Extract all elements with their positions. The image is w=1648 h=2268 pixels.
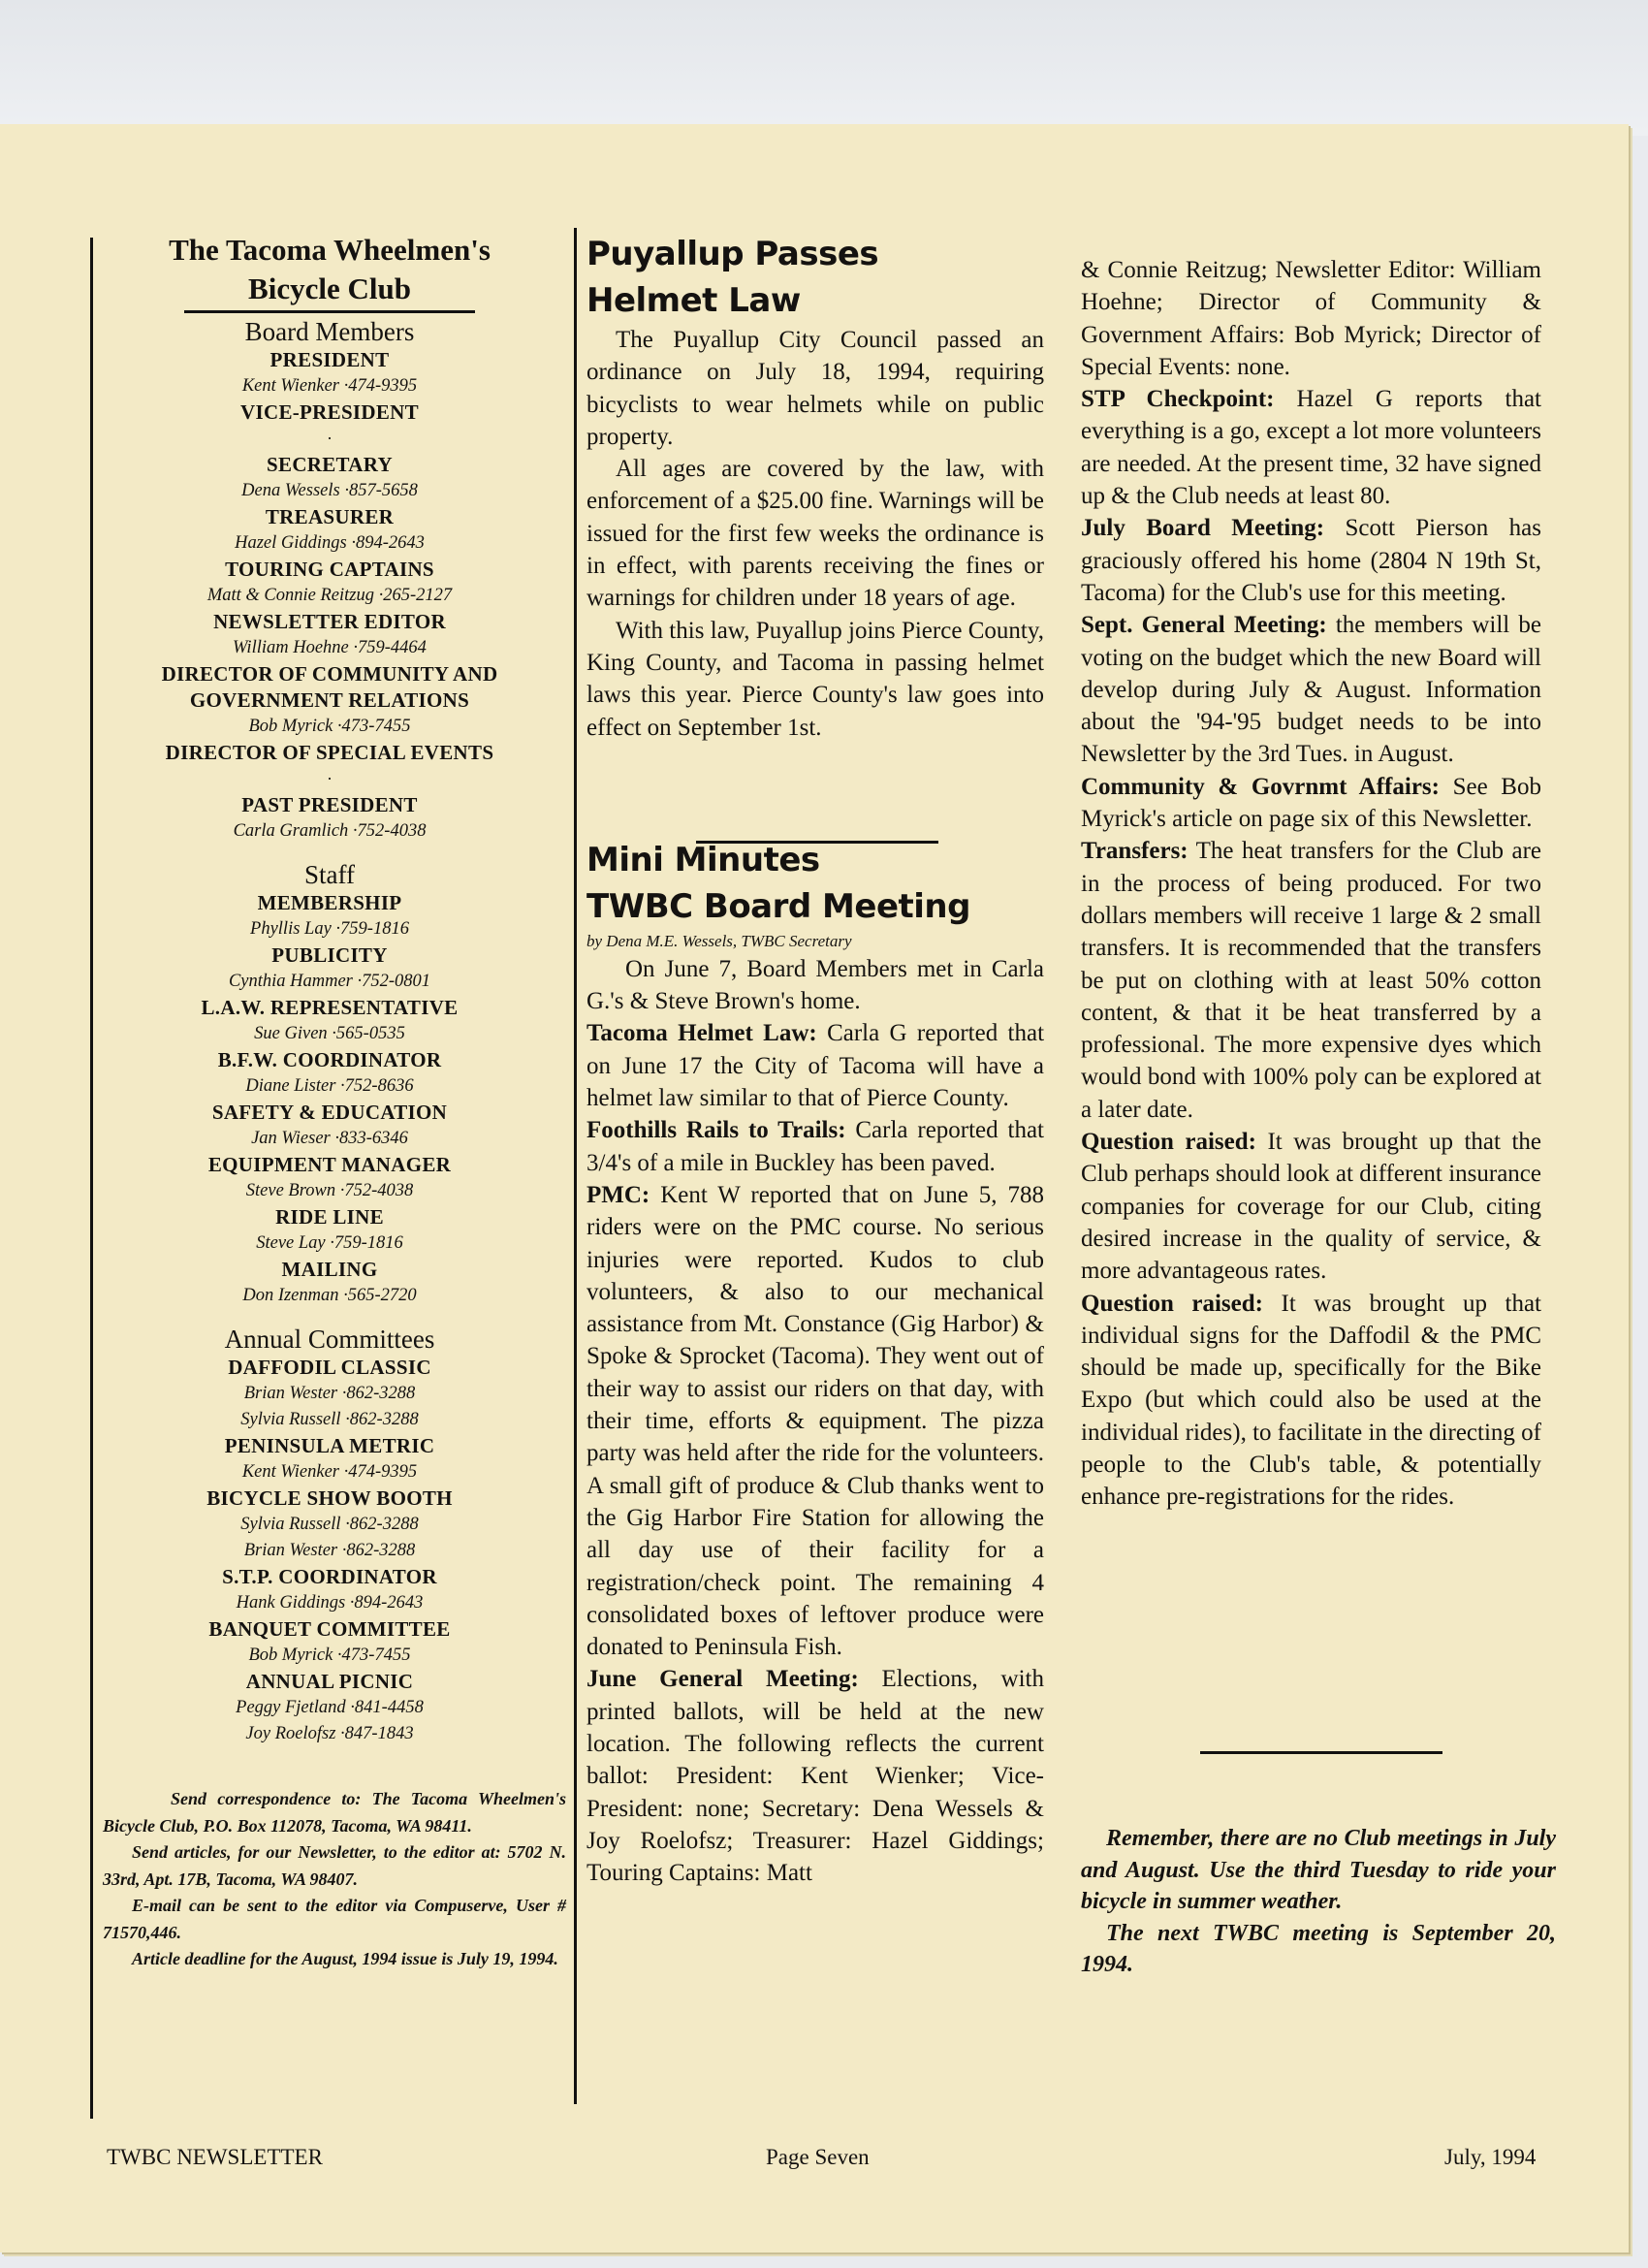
minutes-item: Foothills Rails to Trails: Carla reporte… <box>586 1114 1044 1179</box>
staff-role: B.F.W. COORDINATOR <box>97 1047 562 1073</box>
board-role: PRESIDENT <box>97 347 562 373</box>
item-lead: STP Checkpoint: <box>1081 386 1275 412</box>
item-lead: July Board Meeting: <box>1081 515 1324 541</box>
committee-role: DAFFODIL CLASSIC <box>97 1355 562 1381</box>
closing-note: Remember, there are no Club meetings in … <box>1081 1823 1556 1981</box>
minutes-item: Tacoma Helmet Law: Carla G reported that… <box>586 1017 1044 1114</box>
board-role: SECRETARY <box>97 452 562 478</box>
item-lead: Question raised: <box>1081 1129 1256 1155</box>
contact-notes: Send correspondence to: The Tacoma Wheel… <box>103 1786 566 1973</box>
committee-person: Kent Wienker ·474-9395 <box>97 1459 562 1485</box>
staff-role: EQUIPMENT MANAGER <box>97 1152 562 1178</box>
minutes-intro: On June 7, Board Members met in Carla G.… <box>586 953 1044 1018</box>
minutes-headline-line1: Mini Minutes <box>586 837 1044 883</box>
board-role: TOURING CAPTAINS <box>97 557 562 583</box>
committee-person: Hank Giddings ·894-2643 <box>97 1590 562 1616</box>
item-lead: Community & Govrnmt Affairs: <box>1081 774 1440 800</box>
footer-issue-date: July, 1994 <box>1444 2143 1536 2172</box>
staff-role: PUBLICITY <box>97 942 562 969</box>
board-person: Hazel Giddings ·894-2643 <box>97 530 562 557</box>
board-person: Kent Wienker ·474-9395 <box>97 373 562 399</box>
committee-role: ANNUAL PICNIC <box>97 1669 562 1695</box>
item-lead: Transfers: <box>1081 838 1188 864</box>
minutes-item: Community & Govrnmt Affairs: See Bob Myr… <box>1081 771 1541 836</box>
minutes-item: Sept. General Meeting: the members will … <box>1081 609 1541 770</box>
committee-role: BICYCLE SHOW BOOTH <box>97 1485 562 1512</box>
board-person: Bob Myrick ·473-7455 <box>97 714 562 740</box>
minutes-item: Question raised: It was brought up that … <box>1081 1288 1541 1514</box>
board-role: TREASURER <box>97 504 562 530</box>
staff-person: Don Izenman ·565-2720 <box>97 1283 562 1309</box>
club-directory: The Tacoma Wheelmen's Bicycle Club Board… <box>97 231 562 1747</box>
committee-role: PENINSULA METRIC <box>97 1433 562 1459</box>
scanner-background <box>0 0 1648 136</box>
footer-page-number: Page Seven <box>766 2143 870 2172</box>
minutes-headline-line2: TWBC Board Meeting <box>586 883 1044 930</box>
staff-role: MEMBERSHIP <box>97 890 562 916</box>
footer-newsletter-name: TWBC NEWSLETTER <box>107 2143 323 2172</box>
committee-person: Brian Wester ·862-3288 <box>97 1381 562 1407</box>
articles-note: Send articles, for our Newsletter, to th… <box>103 1839 566 1893</box>
staff-person: Steve Lay ·759-1816 <box>97 1230 562 1257</box>
board-person: Matt & Connie Reitzug ·265-2127 <box>97 583 562 609</box>
staff-heading: Staff <box>97 860 562 890</box>
committee-person: Joy Roelofsz ·847-1843 <box>97 1721 562 1747</box>
staff-person: Cynthia Hammer ·752-0801 <box>97 969 562 995</box>
item-lead: Foothills Rails to Trails: <box>586 1117 846 1143</box>
item-text: It was brought up that individual signs … <box>1081 1291 1541 1511</box>
club-title-line1: The Tacoma Wheelmen's <box>97 231 562 270</box>
staff-person: Phyllis Lay ·759-1816 <box>97 916 562 942</box>
middle-column: Puyallup Passes Helmet Law The Puyallup … <box>586 231 1044 1889</box>
item-text: The heat transfers for the Club are in t… <box>1081 838 1541 1122</box>
item-text: Elections, with printed ballots, will be… <box>586 1666 1044 1886</box>
left-column-border <box>90 238 93 2119</box>
minutes-end-rule <box>1200 1751 1442 1754</box>
club-title-line2: Bicycle Club <box>97 270 562 308</box>
minutes-item: June General Meeting: Elections, with pr… <box>586 1663 1044 1889</box>
email-note: E-mail can be sent to the editor via Com… <box>103 1893 566 1946</box>
staff-person: Jan Wieser ·833-6346 <box>97 1126 562 1152</box>
item-lead: PMC: <box>586 1182 650 1208</box>
vacant-marker: · <box>97 766 562 792</box>
helmet-headline-line1: Puyallup Passes <box>586 231 1044 277</box>
committee-person: Sylvia Russell ·862-3288 <box>97 1407 562 1433</box>
minutes-item: STP Checkpoint: Hazel G reports that eve… <box>1081 383 1541 512</box>
board-person: William Hoehne ·759-4464 <box>97 635 562 661</box>
committee-role: BANQUET COMMITTEE <box>97 1616 562 1643</box>
board-role: DIRECTOR OF COMMUNITY AND <box>97 661 562 687</box>
item-text: Kent W reported that on June 5, 788 ride… <box>586 1182 1044 1660</box>
annual-committees-heading: Annual Committees <box>97 1325 562 1355</box>
middle-column-divider <box>574 228 577 2104</box>
committee-person: Peggy Fjetland ·841-4458 <box>97 1695 562 1721</box>
minutes-item: July Board Meeting: Scott Pierson has gr… <box>1081 512 1541 609</box>
no-meetings-note: Remember, there are no Club meetings in … <box>1081 1823 1556 1918</box>
board-role: DIRECTOR OF SPECIAL EVENTS <box>97 740 562 766</box>
board-person: Dena Wessels ·857-5658 <box>97 478 562 504</box>
club-title-rule <box>184 310 475 313</box>
staff-role: SAFETY & EDUCATION <box>97 1100 562 1126</box>
item-lead: Question raised: <box>1081 1291 1263 1317</box>
staff-list: MEMBERSHIP Phyllis Lay ·759-1816 PUBLICI… <box>97 890 562 1309</box>
item-lead: June General Meeting: <box>586 1666 859 1692</box>
staff-person: Sue Given ·565-0535 <box>97 1021 562 1047</box>
staff-role: RIDE LINE <box>97 1204 562 1230</box>
board-person: Carla Gramlich ·752-4038 <box>97 818 562 845</box>
item-lead: Tacoma Helmet Law: <box>586 1020 817 1046</box>
board-members-heading: Board Members <box>97 317 562 347</box>
right-column: & Connie Reitzug; Newsletter Editor: Wil… <box>1081 254 1541 1514</box>
vacant-marker: · <box>97 426 562 452</box>
committee-person: Bob Myrick ·473-7455 <box>97 1643 562 1669</box>
correspondence-note: Send correspondence to: The Tacoma Wheel… <box>103 1786 566 1839</box>
item-lead: Sept. General Meeting: <box>1081 612 1327 638</box>
board-role: NEWSLETTER EDITOR <box>97 609 562 635</box>
committee-person: Brian Wester ·862-3288 <box>97 1538 562 1564</box>
minutes-item: Transfers: The heat transfers for the Cl… <box>1081 835 1541 1126</box>
board-role: VICE-PRESIDENT <box>97 399 562 426</box>
helmet-paragraph: With this law, Puyallup joins Pierce Cou… <box>586 615 1044 744</box>
board-role: PAST PRESIDENT <box>97 792 562 818</box>
board-list: PRESIDENT Kent Wienker ·474-9395 VICE-PR… <box>97 347 562 845</box>
board-role: GOVERNMENT RELATIONS <box>97 687 562 714</box>
next-meeting-note: The next TWBC meeting is September 20, 1… <box>1081 1918 1556 1981</box>
staff-person: Diane Lister ·752-8636 <box>97 1073 562 1100</box>
minutes-item: PMC: Kent W reported that on June 5, 788… <box>586 1179 1044 1663</box>
deadline-note: Article deadline for the August, 1994 is… <box>103 1946 566 1973</box>
committee-person: Sylvia Russell ·862-3288 <box>97 1512 562 1538</box>
staff-role: L.A.W. REPRESENTATIVE <box>97 995 562 1021</box>
committee-role: S.T.P. COORDINATOR <box>97 1564 562 1590</box>
minutes-item: Question raised: It was brought up that … <box>1081 1126 1541 1287</box>
helmet-paragraph: All ages are covered by the law, with en… <box>586 453 1044 614</box>
staff-role: MAILING <box>97 1257 562 1283</box>
helmet-paragraph: The Puyallup City Council passed an ordi… <box>586 324 1044 453</box>
minutes-continued: & Connie Reitzug; Newsletter Editor: Wil… <box>1081 254 1541 383</box>
helmet-headline-line2: Helmet Law <box>586 277 1044 324</box>
staff-person: Steve Brown ·752-4038 <box>97 1178 562 1204</box>
minutes-byline: by Dena M.E. Wessels, TWBC Secretary <box>586 930 1044 953</box>
committee-list: DAFFODIL CLASSIC Brian Wester ·862-3288 … <box>97 1355 562 1747</box>
